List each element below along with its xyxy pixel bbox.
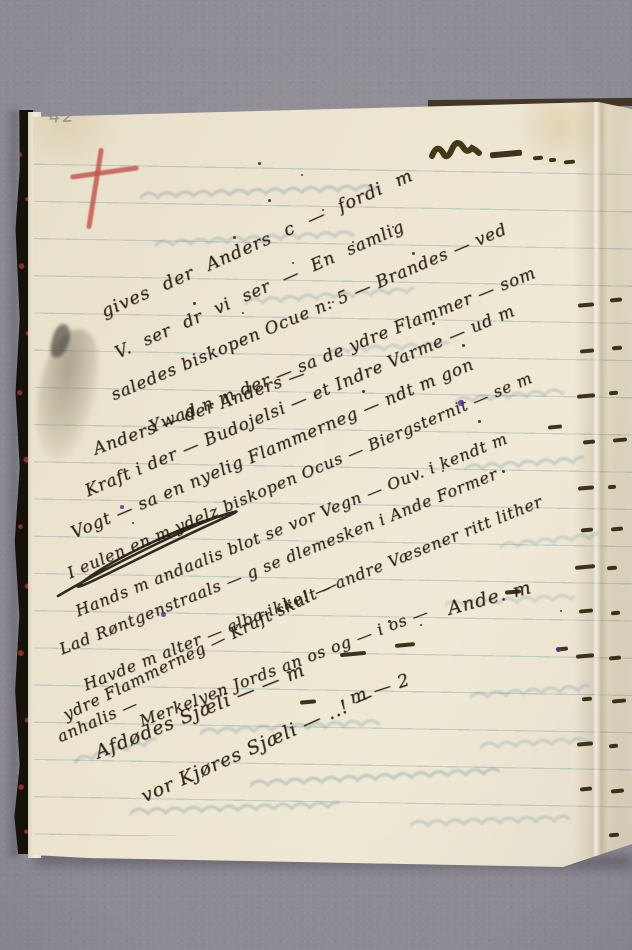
strikethrough-scribble [52, 498, 252, 603]
page-number: 42 [48, 105, 76, 127]
notebook-page [30, 96, 632, 870]
ruled-lines [34, 138, 632, 836]
page-fold-crease [574, 96, 608, 870]
ink-scribble-blot [428, 138, 482, 166]
notebook-photograph: gives der Anders c — fordi m V. ser dr v… [0, 0, 632, 950]
cover-left-shadow [4, 110, 18, 858]
